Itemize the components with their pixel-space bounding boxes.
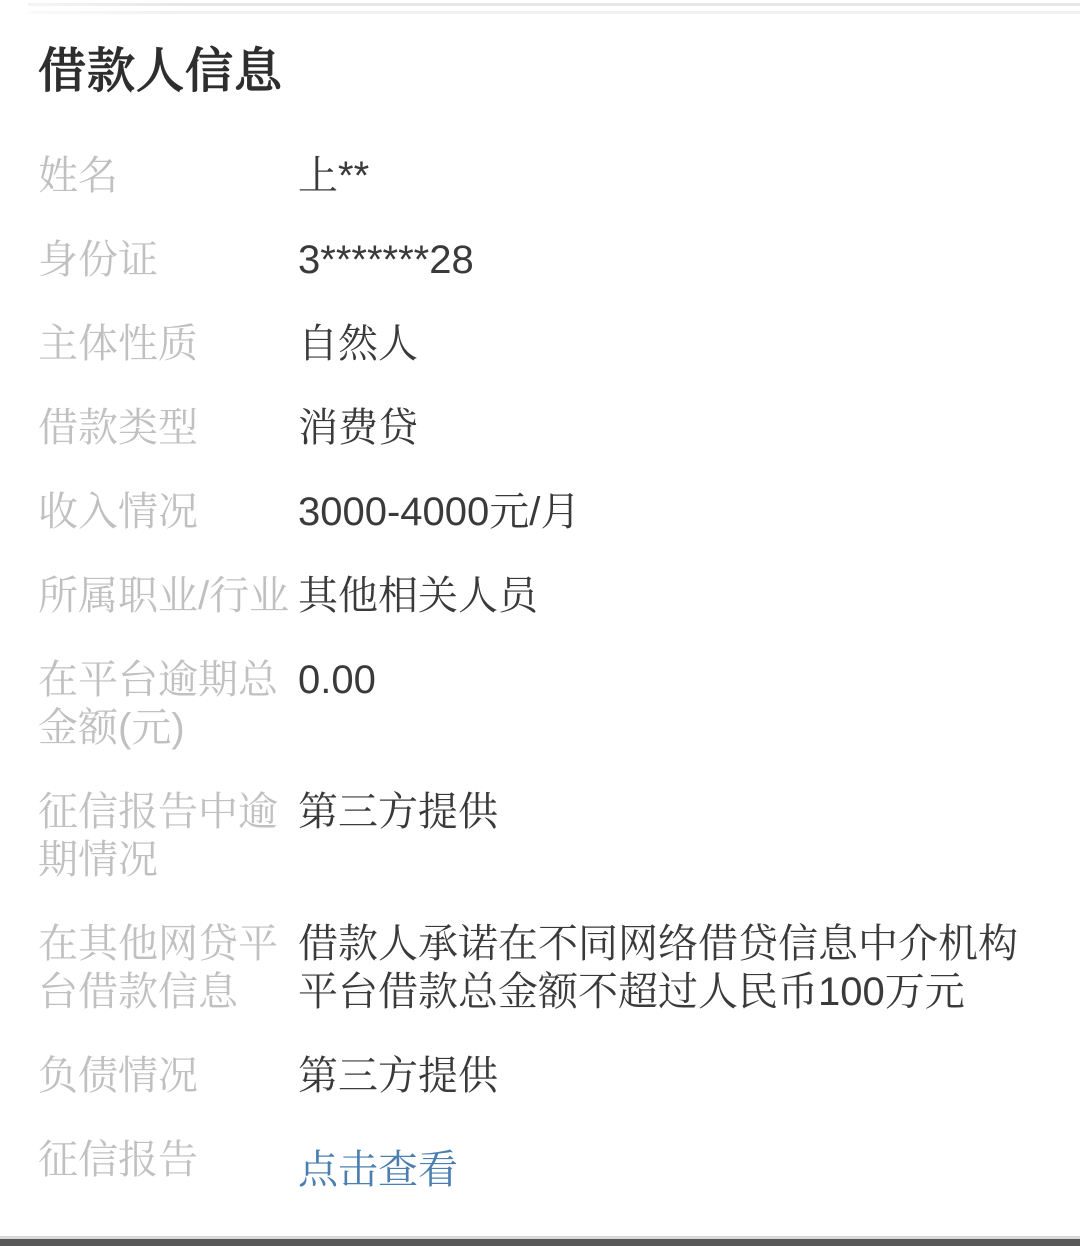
- field-label: 在其他网贷平台借款信息: [38, 920, 298, 1016]
- field-value: 0.00: [298, 656, 1036, 704]
- field-label: 所属职业/行业: [38, 572, 298, 620]
- field-value: 3*******28: [298, 236, 1036, 284]
- view-credit-report-link[interactable]: 点击查看: [298, 1136, 1036, 1194]
- info-row-income: 收入情况 3000-4000元/月: [38, 488, 1036, 536]
- info-row-credit-report-overdue: 征信报告中逾期情况 第三方提供: [38, 788, 1036, 884]
- field-label: 借款类型: [38, 404, 298, 452]
- info-row-subject-nature: 主体性质 自然人: [38, 320, 1036, 368]
- field-value: 借款人承诺在不同网络借贷信息中介机构平台借款总金额不超过人民币100万元: [298, 920, 1036, 1016]
- field-list: 姓名 上** 身份证 3*******28 主体性质 自然人 借款类型 消费贷 …: [38, 152, 1036, 1194]
- info-row-id-card: 身份证 3*******28: [38, 236, 1036, 284]
- borrower-info-panel: 借款人信息 姓名 上** 身份证 3*******28 主体性质 自然人 借款类…: [0, 0, 1080, 1246]
- field-value: 其他相关人员: [298, 572, 1036, 620]
- field-label: 姓名: [38, 152, 298, 200]
- info-row-debt-status: 负债情况 第三方提供: [38, 1052, 1036, 1100]
- info-row-occupation-industry: 所属职业/行业 其他相关人员: [38, 572, 1036, 620]
- info-row-other-platform-loan-info: 在其他网贷平台借款信息 借款人承诺在不同网络借贷信息中介机构平台借款总金额不超过…: [38, 920, 1036, 1016]
- info-row-loan-type: 借款类型 消费贷: [38, 404, 1036, 452]
- field-value: 上**: [298, 152, 1036, 200]
- field-label: 负债情况: [38, 1052, 298, 1100]
- field-label: 在平台逾期总金额(元): [38, 656, 298, 752]
- field-value: 第三方提供: [298, 1052, 1036, 1100]
- field-label: 征信报告: [38, 1136, 298, 1184]
- field-value: 3000-4000元/月: [298, 488, 1036, 536]
- field-value: 第三方提供: [298, 788, 1036, 836]
- info-row-credit-report: 征信报告 点击查看: [38, 1136, 1036, 1194]
- field-label: 收入情况: [38, 488, 298, 536]
- top-card-edge-divider: [0, 0, 1080, 16]
- field-value: 自然人: [298, 320, 1036, 368]
- field-label: 征信报告中逾期情况: [38, 788, 298, 884]
- field-label: 主体性质: [38, 320, 298, 368]
- info-row-platform-overdue-amount: 在平台逾期总金额(元) 0.00: [38, 656, 1036, 752]
- borrower-info-content: 借款人信息 姓名 上** 身份证 3*******28 主体性质 自然人 借款类…: [0, 0, 1080, 1194]
- field-value: 消费贷: [298, 404, 1036, 452]
- info-row-name: 姓名 上**: [38, 152, 1036, 200]
- bottom-section-divider: [0, 1236, 1080, 1246]
- field-label: 身份证: [38, 236, 298, 284]
